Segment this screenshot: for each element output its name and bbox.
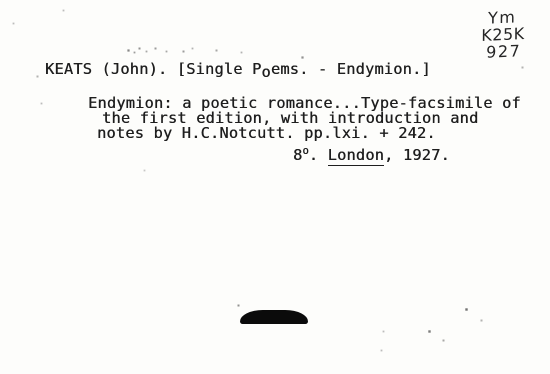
heading-text-post: ems. - Endymion.] <box>271 60 431 78</box>
heading-text-pre: KEATS (John). [Single P <box>45 60 261 78</box>
imprint-separator: . <box>309 146 328 164</box>
handwritten-shelfmark: Ym K25K 927 <box>467 7 539 61</box>
format-number: 8 <box>293 146 302 164</box>
publication-date: , 1927. <box>384 146 450 164</box>
main-entry-heading: KEATS (John). [Single Poems. - Endymion.… <box>45 62 431 77</box>
format-superscript-o: o <box>302 144 308 159</box>
catalog-card: Ym K25K 927 KEATS (John). [Single Poems.… <box>0 0 550 374</box>
shelfmark-line-3: 927 <box>469 41 539 61</box>
description-line-3: notes by H.C.Notcutt. pp.lxi. + 242. <box>97 126 436 141</box>
imprint-line: 8o. London, 1927. <box>293 148 450 165</box>
hole-punch-mark <box>240 310 308 324</box>
heading-lowered-o: o <box>261 65 270 80</box>
publication-place: London <box>328 146 384 166</box>
scan-noise-speckles <box>0 0 1 1</box>
